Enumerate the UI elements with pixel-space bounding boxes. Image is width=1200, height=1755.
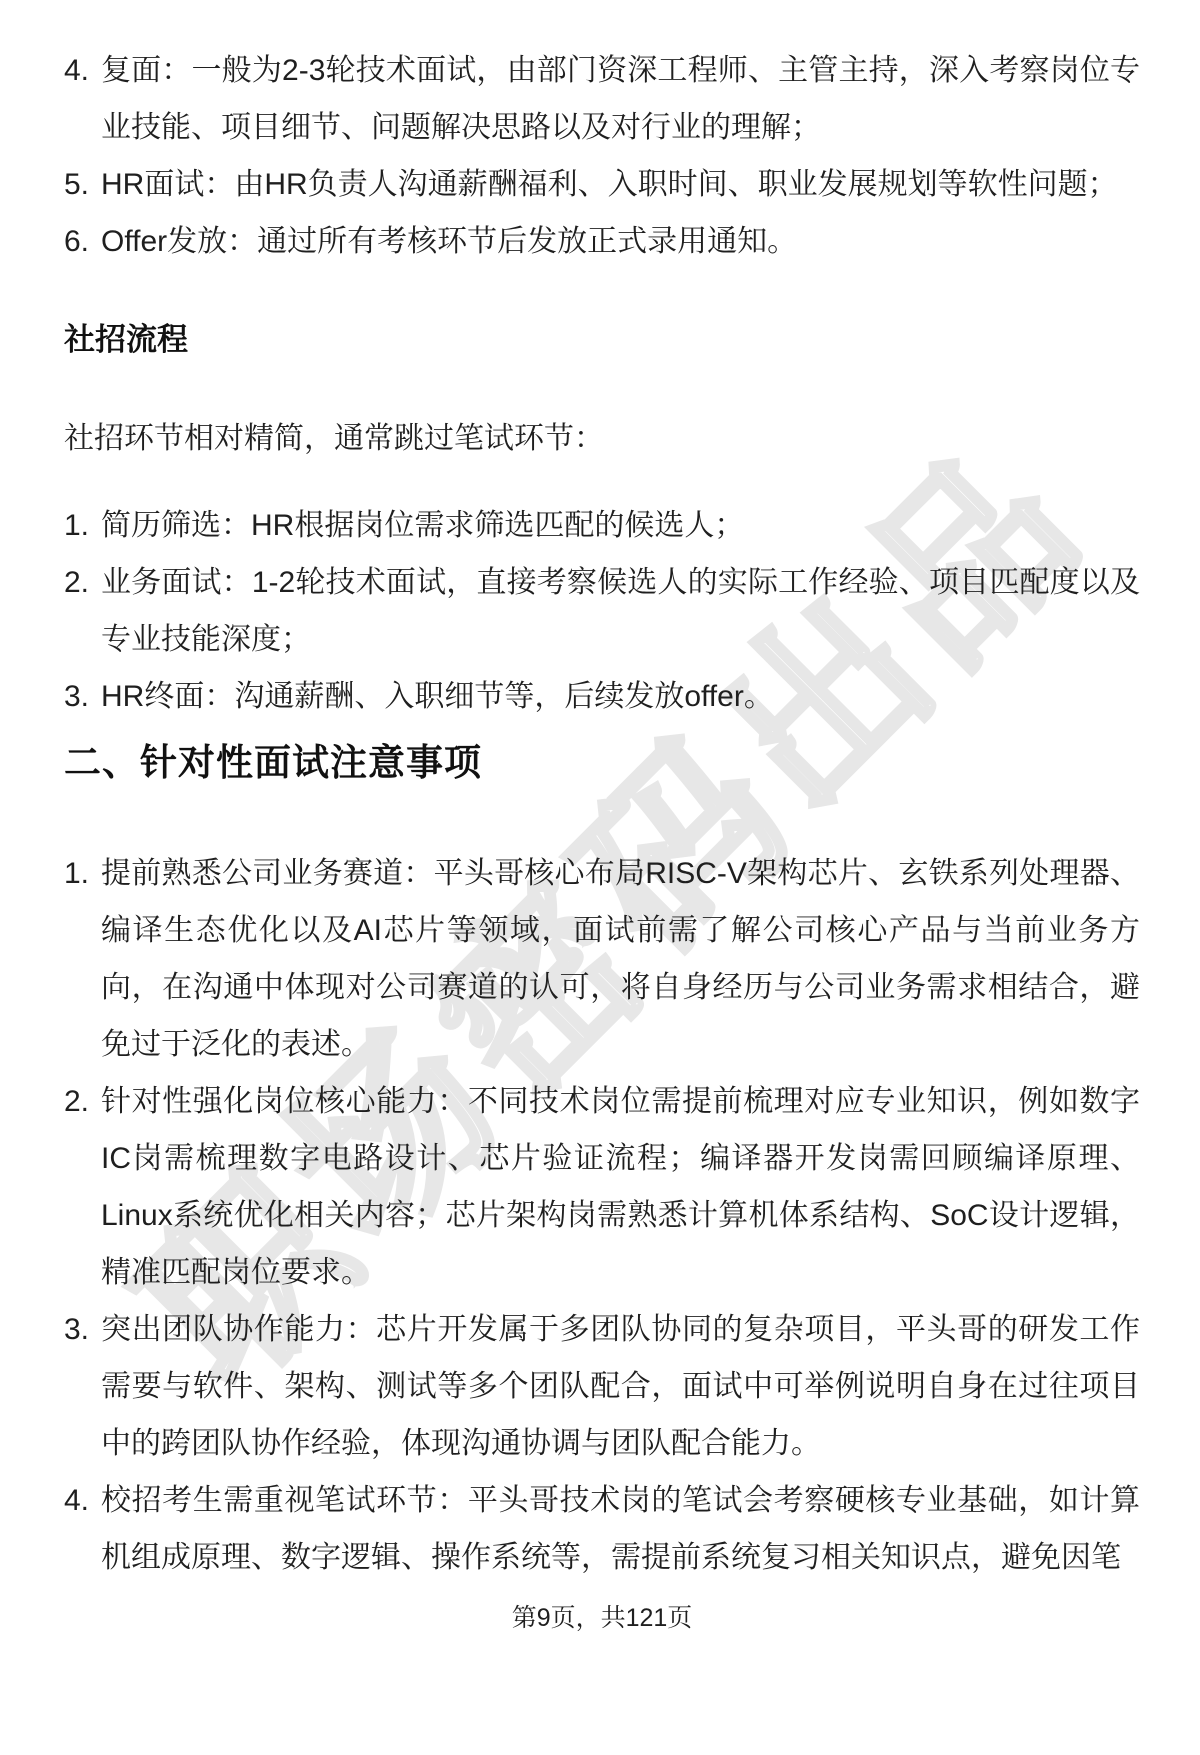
list-item: 6. Offer发放：通过所有考核环节后发放正式录用通知。: [64, 213, 1140, 270]
list-item-text: 突出团队协作能力：芯片开发属于多团队协同的复杂项目，平头哥的研发工作需要与软件、…: [101, 1301, 1140, 1472]
list-item: 3. 突出团队协作能力：芯片开发属于多团队协同的复杂项目，平头哥的研发工作需要与…: [64, 1301, 1140, 1472]
list-item-number: 4.: [64, 1472, 101, 1586]
list-item: 5. HR面试：由HR负责人沟通薪酬福利、入职时间、职业发展规划等软性问题；: [64, 156, 1140, 213]
list-item-number: 4.: [64, 42, 101, 156]
list-item-number: 3.: [64, 668, 101, 725]
list-item-text: 复面：一般为2-3轮技术面试，由部门资深工程师、主管主持，深入考察岗位专业技能、…: [101, 42, 1140, 156]
heading-targeted-interview-tips: 二、针对性面试注意事项: [64, 737, 1140, 789]
document-page: 4. 复面：一般为2-3轮技术面试，由部门资深工程师、主管主持，深入考察岗位专业…: [0, 0, 1200, 1638]
social-process-list: 1. 简历筛选：HR根据岗位需求筛选匹配的候选人； 2. 业务面试：1-2轮技术…: [64, 497, 1140, 725]
list-item: 4. 校招考生需重视笔试环节：平头哥技术岗的笔试会考察硬核专业基础，如计算机组成…: [64, 1472, 1140, 1586]
interview-tips-list: 1. 提前熟悉公司业务赛道：平头哥核心布局RISC-V架构芯片、玄铁系列处理器、…: [64, 845, 1140, 1586]
list-item-number: 3.: [64, 1301, 101, 1472]
list-item-text: 简历筛选：HR根据岗位需求筛选匹配的候选人；: [101, 497, 1140, 554]
list-item-number: 1.: [64, 497, 101, 554]
list-item-text: 校招考生需重视笔试环节：平头哥技术岗的笔试会考察硬核专业基础，如计算机组成原理、…: [101, 1472, 1140, 1586]
list-item-number: 6.: [64, 213, 101, 270]
campus-process-list: 4. 复面：一般为2-3轮技术面试，由部门资深工程师、主管主持，深入考察岗位专业…: [64, 42, 1140, 270]
list-item: 4. 复面：一般为2-3轮技术面试，由部门资深工程师、主管主持，深入考察岗位专业…: [64, 42, 1140, 156]
list-item-text: HR面试：由HR负责人沟通薪酬福利、入职时间、职业发展规划等软性问题；: [101, 156, 1140, 213]
list-item-text: Offer发放：通过所有考核环节后发放正式录用通知。: [101, 213, 1140, 270]
list-item-number: 2.: [64, 1073, 101, 1301]
page-footer: 第9页，共121页: [64, 1598, 1140, 1638]
list-item-text: HR终面：沟通薪酬、入职细节等，后续发放offer。: [101, 668, 1140, 725]
list-item: 2. 业务面试：1-2轮技术面试，直接考察候选人的实际工作经验、项目匹配度以及专…: [64, 554, 1140, 668]
paragraph-social-intro: 社招环节相对精简，通常跳过笔试环节：: [64, 410, 1140, 467]
list-item-text: 提前熟悉公司业务赛道：平头哥核心布局RISC-V架构芯片、玄铁系列处理器、编译生…: [101, 845, 1140, 1073]
list-item: 3. HR终面：沟通薪酬、入职细节等，后续发放offer。: [64, 668, 1140, 725]
list-item: 1. 简历筛选：HR根据岗位需求筛选匹配的候选人；: [64, 497, 1140, 554]
heading-social-recruit-process: 社招流程: [64, 318, 1140, 362]
list-item: 2. 针对性强化岗位核心能力：不同技术岗位需提前梳理对应专业知识，例如数字IC岗…: [64, 1073, 1140, 1301]
list-item: 1. 提前熟悉公司业务赛道：平头哥核心布局RISC-V架构芯片、玄铁系列处理器、…: [64, 845, 1140, 1073]
list-item-text: 业务面试：1-2轮技术面试，直接考察候选人的实际工作经验、项目匹配度以及专业技能…: [101, 554, 1140, 668]
list-item-text: 针对性强化岗位核心能力：不同技术岗位需提前梳理对应专业知识，例如数字IC岗需梳理…: [101, 1073, 1140, 1301]
list-item-number: 1.: [64, 845, 101, 1073]
list-item-number: 2.: [64, 554, 101, 668]
list-item-number: 5.: [64, 156, 101, 213]
